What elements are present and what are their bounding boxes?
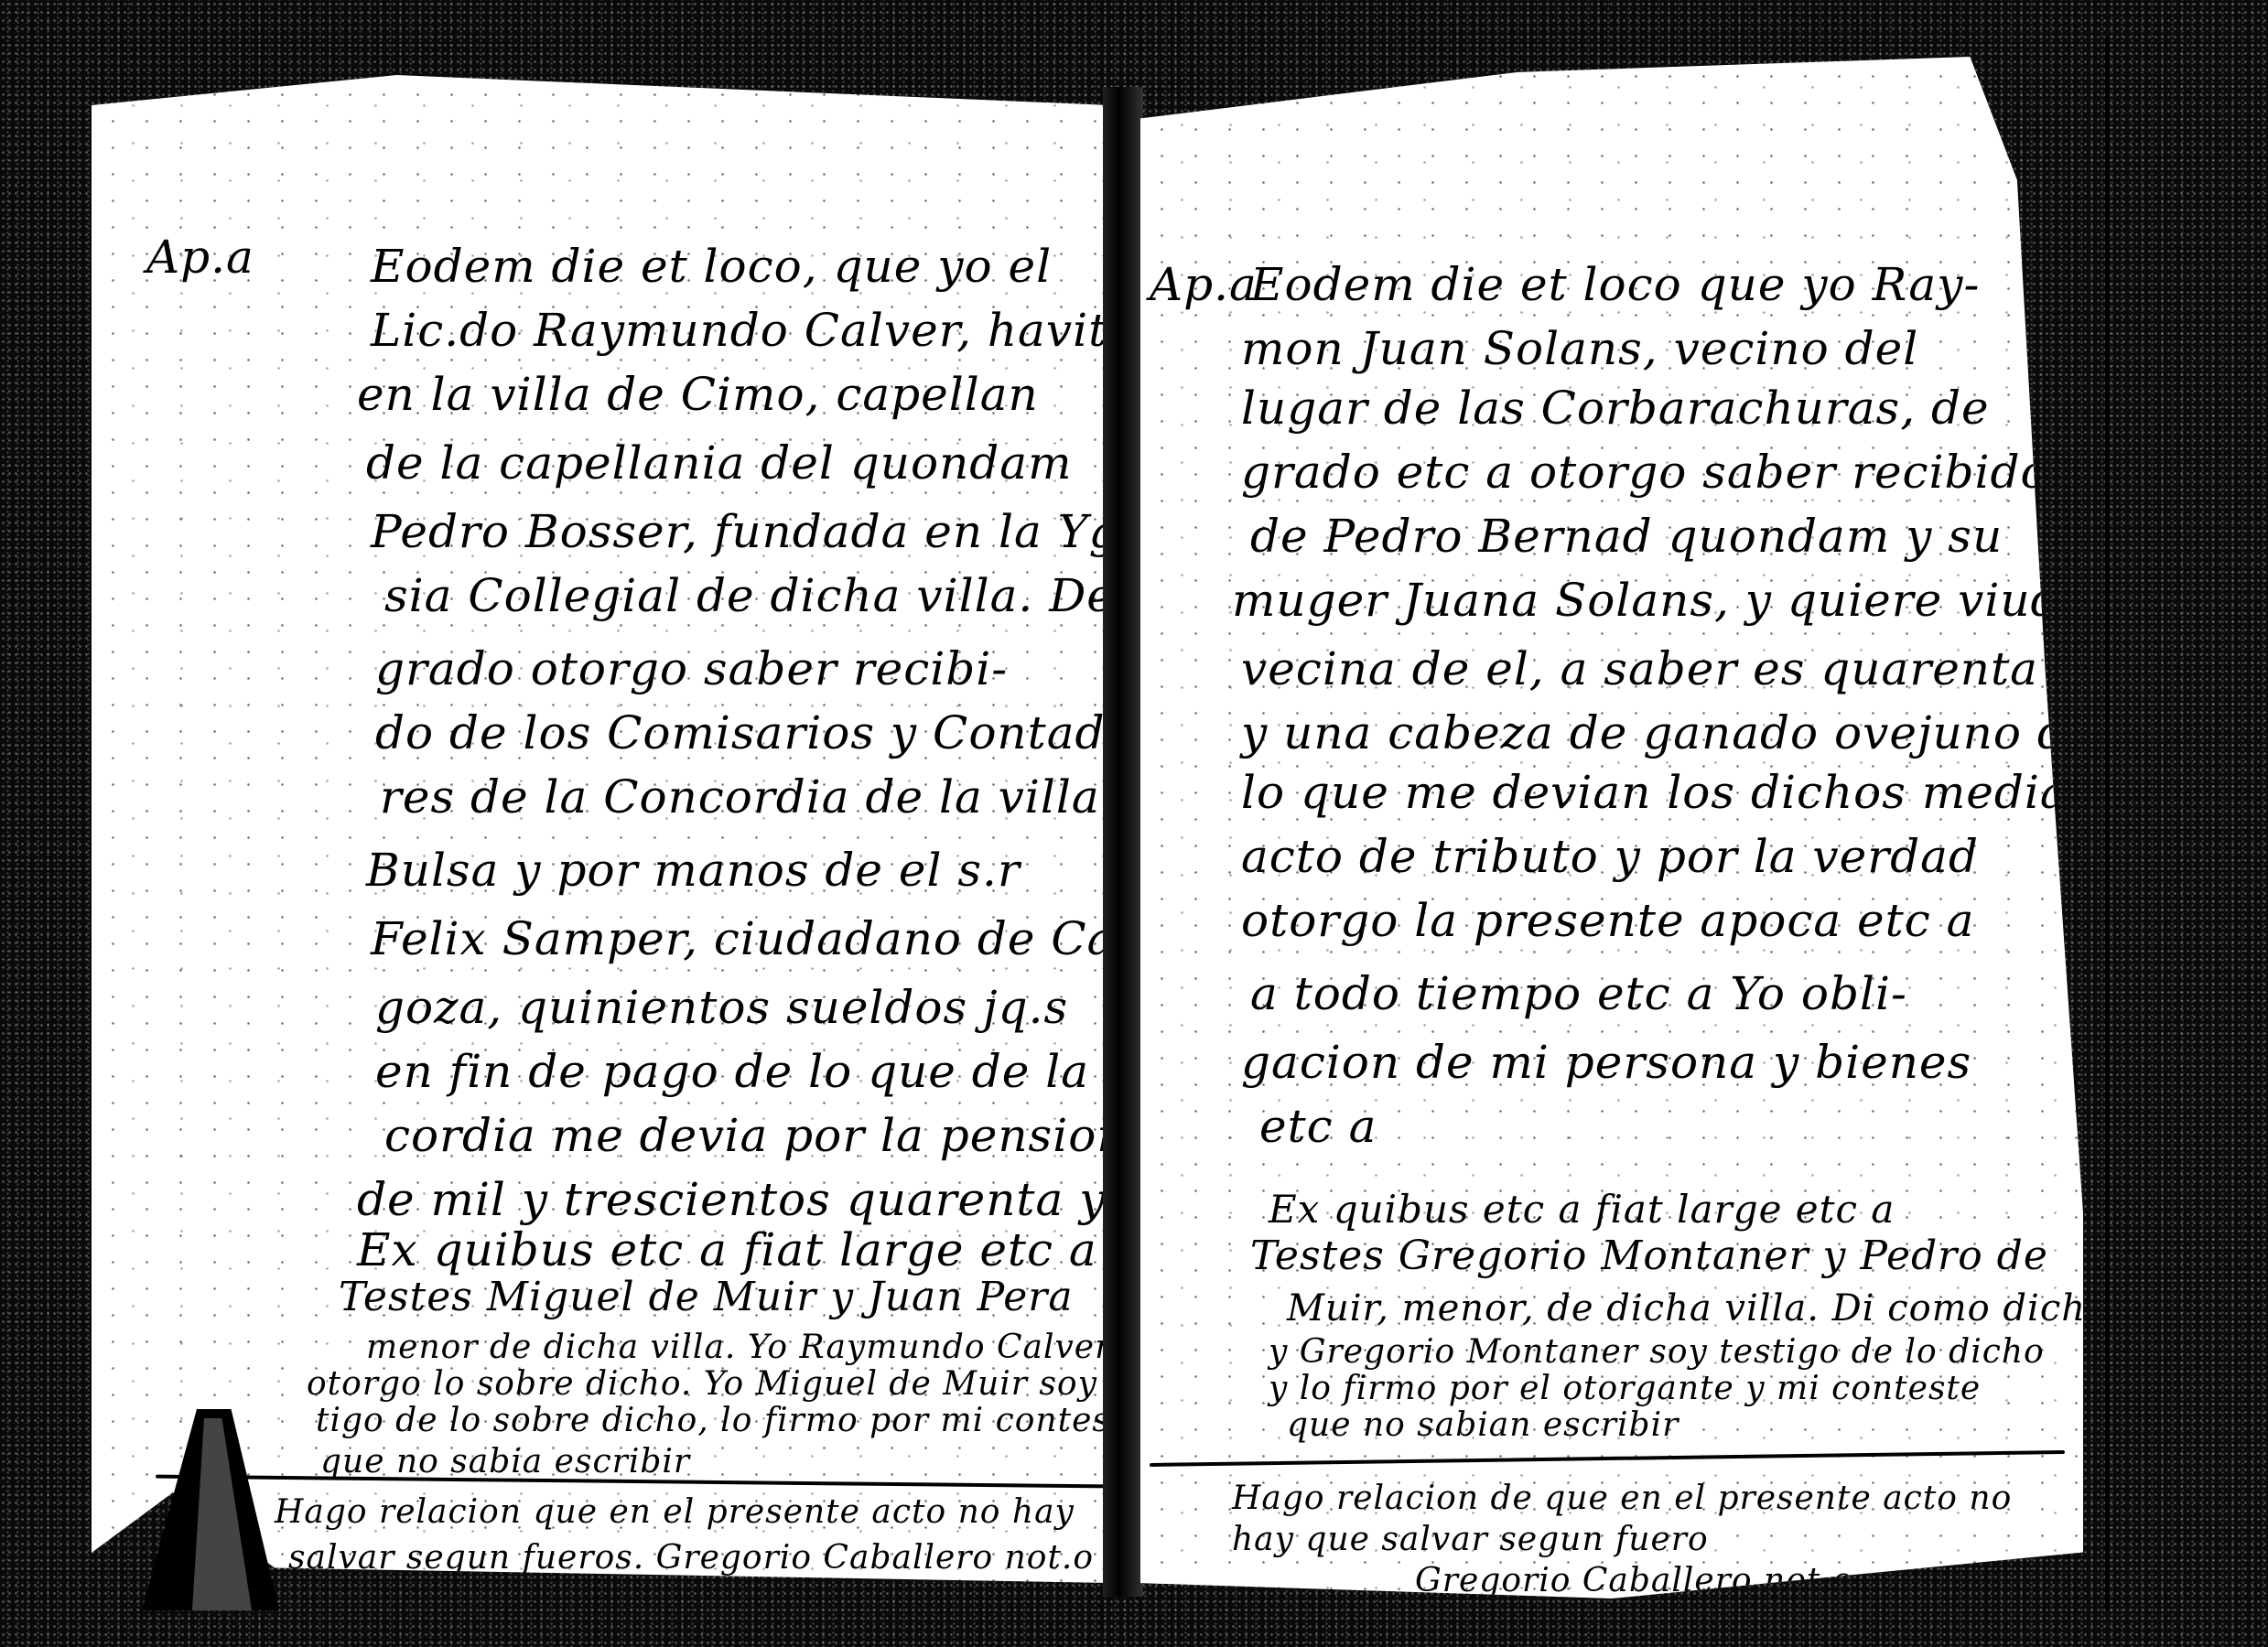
right-entry-line: a todo tiempo etc a Yo obli- [1250, 967, 1907, 1020]
left-witness-line: otorgo lo sobre dicho. Yo Miguel de Muir… [307, 1365, 1109, 1403]
right-entry-line: grado etc a otorgo saber recibido [1241, 446, 2049, 499]
right-entry-line: gacion de mi persona y bienes [1241, 1036, 1971, 1089]
left-entry-line: goza, quinientos sueldos jq.s [375, 981, 1068, 1034]
left-witness-line: tigo de lo sobre dicho, lo firmo por mi … [316, 1402, 1109, 1439]
left-entry-line: do de los Comisarios y Contado- [375, 706, 1109, 759]
right-witness-line: Testes Gregorio Montaner y Pedro de [1250, 1233, 2048, 1279]
left-entry-line: Lic.do Raymundo Calver, havit. [371, 304, 1109, 357]
left-entry-line: cordia me devia por la pension [384, 1109, 1109, 1162]
left-entry-line: Bulsa y por manos de el s.r [366, 844, 1021, 897]
right-witness-line: y Gregorio Montaner soy testigo de lo di… [1269, 1333, 2045, 1371]
right-page: 140 Ap.a Eodem die et loco que yo Ray- m… [1140, 57, 2083, 1599]
left-entry-line: de mil y trescientos quarenta y ocho [357, 1173, 1109, 1226]
right-entry-line: muger Juana Solans, y quiere viuda [1232, 574, 2083, 627]
right-notary-line: Hago relacion de que en el presente acto… [1232, 1480, 2012, 1517]
right-entry-line: vecina de el, a saber es quarenta [1241, 642, 2038, 695]
book-gutter [1103, 87, 1143, 1597]
right-entry-line: y una cabeza de ganado ovejuno de [1241, 706, 2083, 759]
left-page: Ap.a Eodem die et loco, que yo el Lic.do… [92, 75, 1109, 1583]
left-closing-formula: Ex quibus etc a fiat large etc a [357, 1223, 1097, 1276]
left-witness-line: que no sabia escribir [320, 1443, 690, 1480]
right-entry-line: Eodem die et loco que yo Ray- [1250, 258, 1980, 311]
page-edge-shadow [2105, 37, 2237, 1610]
left-entry-line: sia Collegial de dicha villa. De [384, 569, 1109, 622]
right-entry-line: acto de tributo y por la verdad [1241, 830, 1979, 883]
right-notary-line: hay que salvar segun fuero [1232, 1521, 1709, 1558]
left-entry-line: en la villa de Cimo, capellan [357, 368, 1039, 421]
left-entry-line: Felix Samper, ciudadano de Cara- [371, 912, 1109, 965]
right-closing-formula: Ex quibus etc a fiat large etc a [1269, 1187, 1895, 1232]
right-witness-line: y lo firmo por el otorgante y mi contest… [1269, 1370, 1981, 1407]
right-entry-line: otorgo la presente apoca etc a [1241, 894, 1974, 947]
left-entry-line: Eodem die et loco, que yo el [371, 240, 1052, 293]
left-margin-note: Ap.a [146, 231, 254, 284]
left-entry-line: de la capellania del quondam [366, 436, 1073, 490]
right-entry-line: de Pedro Bernad quondam y su [1250, 510, 2003, 563]
left-witness-line: menor de dicha villa. Yo Raymundo Calver [366, 1329, 1109, 1366]
right-entry-line: lo que me devian los dichos mediante [1241, 766, 2083, 819]
right-entry-line: mon Juan Solans, vecino del [1241, 322, 1918, 375]
right-witness-line: que no sabian escribir [1287, 1406, 1679, 1444]
left-entry-line: res de la Concordia de la villa de [380, 770, 1109, 823]
left-entry-line: grado otorgo saber recibi- [375, 642, 1008, 695]
right-witness-line: Muir, menor, de dicha villa. Di como dic… [1287, 1287, 2083, 1329]
left-entry-line: Pedro Bosser, fundada en la Ygle [371, 505, 1109, 558]
left-entry-line: en fin de pago de lo que de la Con- [375, 1045, 1109, 1098]
right-signature-rule [1150, 1450, 2065, 1467]
left-witness-line: Testes Miguel de Muir y Juan Pera [339, 1274, 1074, 1320]
right-entry-line: lugar de las Corbarachuras, de [1241, 382, 1990, 435]
left-notary-line: Hago relacion que en el presente acto no… [275, 1493, 1075, 1531]
right-entry-line: etc a [1259, 1100, 1377, 1153]
right-margin-note: Ap.a [1150, 258, 1258, 311]
